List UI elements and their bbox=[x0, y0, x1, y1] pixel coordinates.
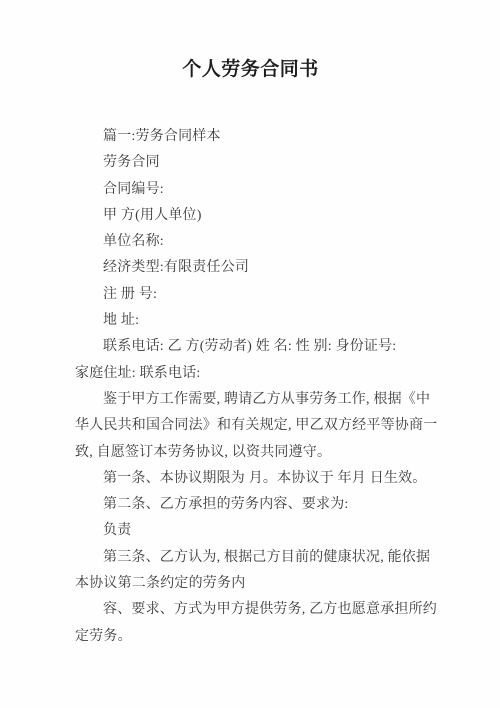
text-line: 篇一:劳务合同样本 bbox=[75, 124, 426, 150]
text-line: 第二条、乙方承担的劳务内容、要求为: bbox=[75, 492, 426, 518]
text-line: 甲 方(用人单位) bbox=[75, 203, 426, 229]
text-line: 注 册 号: bbox=[75, 282, 426, 308]
text-line: 家庭住址: 联系电话: bbox=[75, 361, 426, 387]
text-line: 华人民共和国合同法》和有关规定, 甲乙双方经平等协商一 bbox=[75, 413, 426, 439]
document-page: 个人劳务合同书 篇一:劳务合同样本劳务合同合同编号:甲 方(用人单位)单位名称:… bbox=[0, 0, 500, 708]
text-line: 负责 bbox=[75, 518, 426, 544]
document-body: 篇一:劳务合同样本劳务合同合同编号:甲 方(用人单位)单位名称:经济类型:有限责… bbox=[75, 124, 426, 650]
text-line: 鉴于甲方工作需要, 聘请乙方从事劳务工作, 根据《中 bbox=[75, 387, 426, 413]
text-line: 本协议第二条约定的劳务内 bbox=[75, 571, 426, 597]
text-line: 定劳务。 bbox=[75, 624, 426, 650]
text-line: 第一条、本协议期限为 月。本协议于 年月 日生效。 bbox=[75, 466, 426, 492]
text-line: 地 址: bbox=[75, 308, 426, 334]
text-line: 合同编号: bbox=[75, 177, 426, 203]
text-line: 单位名称: bbox=[75, 229, 426, 255]
text-line: 联系电话: 乙 方(劳动者) 姓 名: 性 别: 身份证号: bbox=[75, 334, 426, 360]
text-line: 第三条、乙方认为, 根据己方目前的健康状况, 能依据 bbox=[75, 545, 426, 571]
text-line: 劳务合同 bbox=[75, 150, 426, 176]
document-title: 个人劳务合同书 bbox=[75, 56, 426, 84]
text-line: 经济类型:有限责任公司 bbox=[75, 255, 426, 281]
text-line: 容、要求、方式为甲方提供劳务, 乙方也愿意承担所约 bbox=[75, 597, 426, 623]
text-line: 致, 自愿签订本劳务协议, 以资共同遵守。 bbox=[75, 440, 426, 466]
